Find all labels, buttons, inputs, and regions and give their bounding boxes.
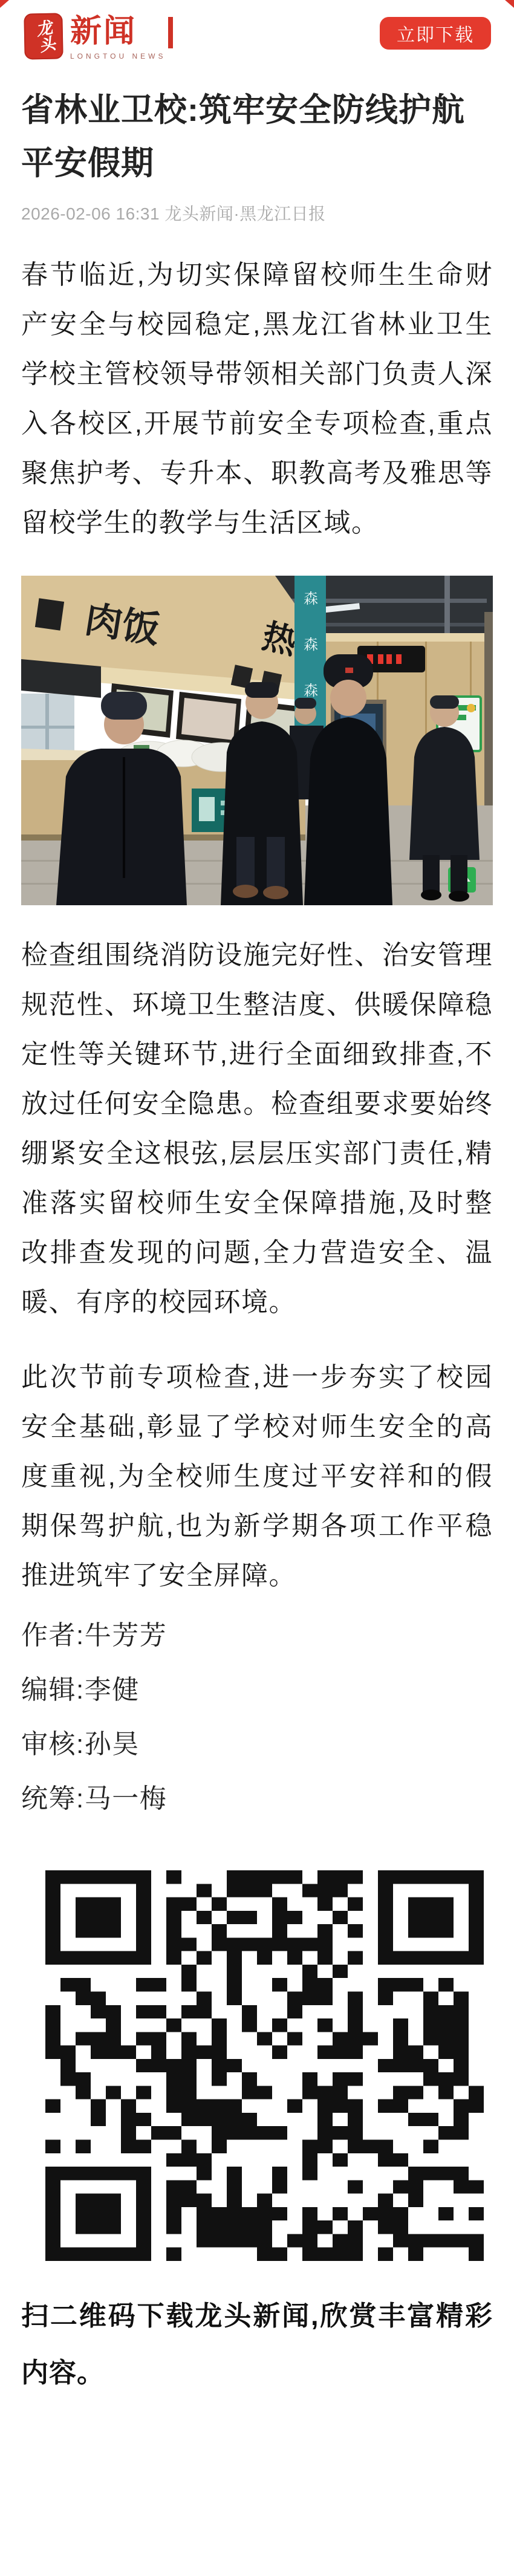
article-meta: 2026-02-06 16:31 龙头新闻·黑龙江日报 (21, 201, 493, 225)
credit-editor: 编辑:李健 (21, 1671, 493, 1709)
paragraph-1: 春节临近,为切实保障留校师生生命财产安全与校园稳定,黑龙江省林业卫生学校主管校领… (21, 250, 493, 548)
logo-title: 新闻 (70, 16, 166, 47)
footer-note: 扫二维码下载龙头新闻,欣赏丰富精彩内容。 (21, 2288, 493, 2401)
pillar-logo-3: 森 (304, 683, 318, 699)
article-photo: 肉饭 热狗 (21, 576, 493, 905)
longtou-news-logo[interactable]: 龙头 新闻 LONGTOU NEWS (24, 13, 173, 60)
download-button[interactable]: 立即下载 (380, 17, 491, 50)
credit-reviewer: 审核:孙昊 (21, 1725, 493, 1764)
pillar-logo-1: 森 (304, 591, 318, 607)
logo-stamp-icon: 龙头 (24, 13, 63, 59)
logo-stamp-text: 龙头 (32, 19, 56, 54)
logo-text: 新闻 LONGTOU NEWS (70, 13, 166, 60)
qr-code (45, 1870, 484, 2261)
credit-coordinator: 统筹:马一梅 (21, 1780, 493, 1818)
logo-accent-bar (168, 17, 173, 48)
article-page: 龙头 新闻 LONGTOU NEWS 立即下载 省林业卫校:筑牢安全防线护航平安… (0, 0, 514, 2576)
article-body: 省林业卫校:筑牢安全防线护航平安假期 2026-02-06 16:31 龙头新闻… (0, 83, 514, 2401)
cafeteria-inspection-illustration: 肉饭 热狗 (21, 576, 493, 905)
paragraph-3: 此次节前专项检查,进一步夯实了校园安全基础,彰显了学校对师生安全的高度重视,为全… (21, 1353, 493, 1601)
pillar-logo-2: 森 (304, 637, 318, 653)
credit-author: 作者:牛芳芳 (21, 1616, 493, 1655)
qr-code-image (45, 1870, 484, 2261)
paragraph-2: 检查组围绕消防设施完好性、治安管理规范性、环境卫生整洁度、供暖保障稳定性等关键环… (21, 931, 493, 1327)
corner-ribbon-right (505, 0, 514, 8)
logo-subtitle: LONGTOU NEWS (70, 52, 166, 60)
app-header: 龙头 新闻 LONGTOU NEWS 立即下载 (0, 0, 514, 68)
corner-ribbon-left (0, 0, 9, 8)
article-title: 省林业卫校:筑牢安全防线护航平安假期 (21, 83, 493, 190)
